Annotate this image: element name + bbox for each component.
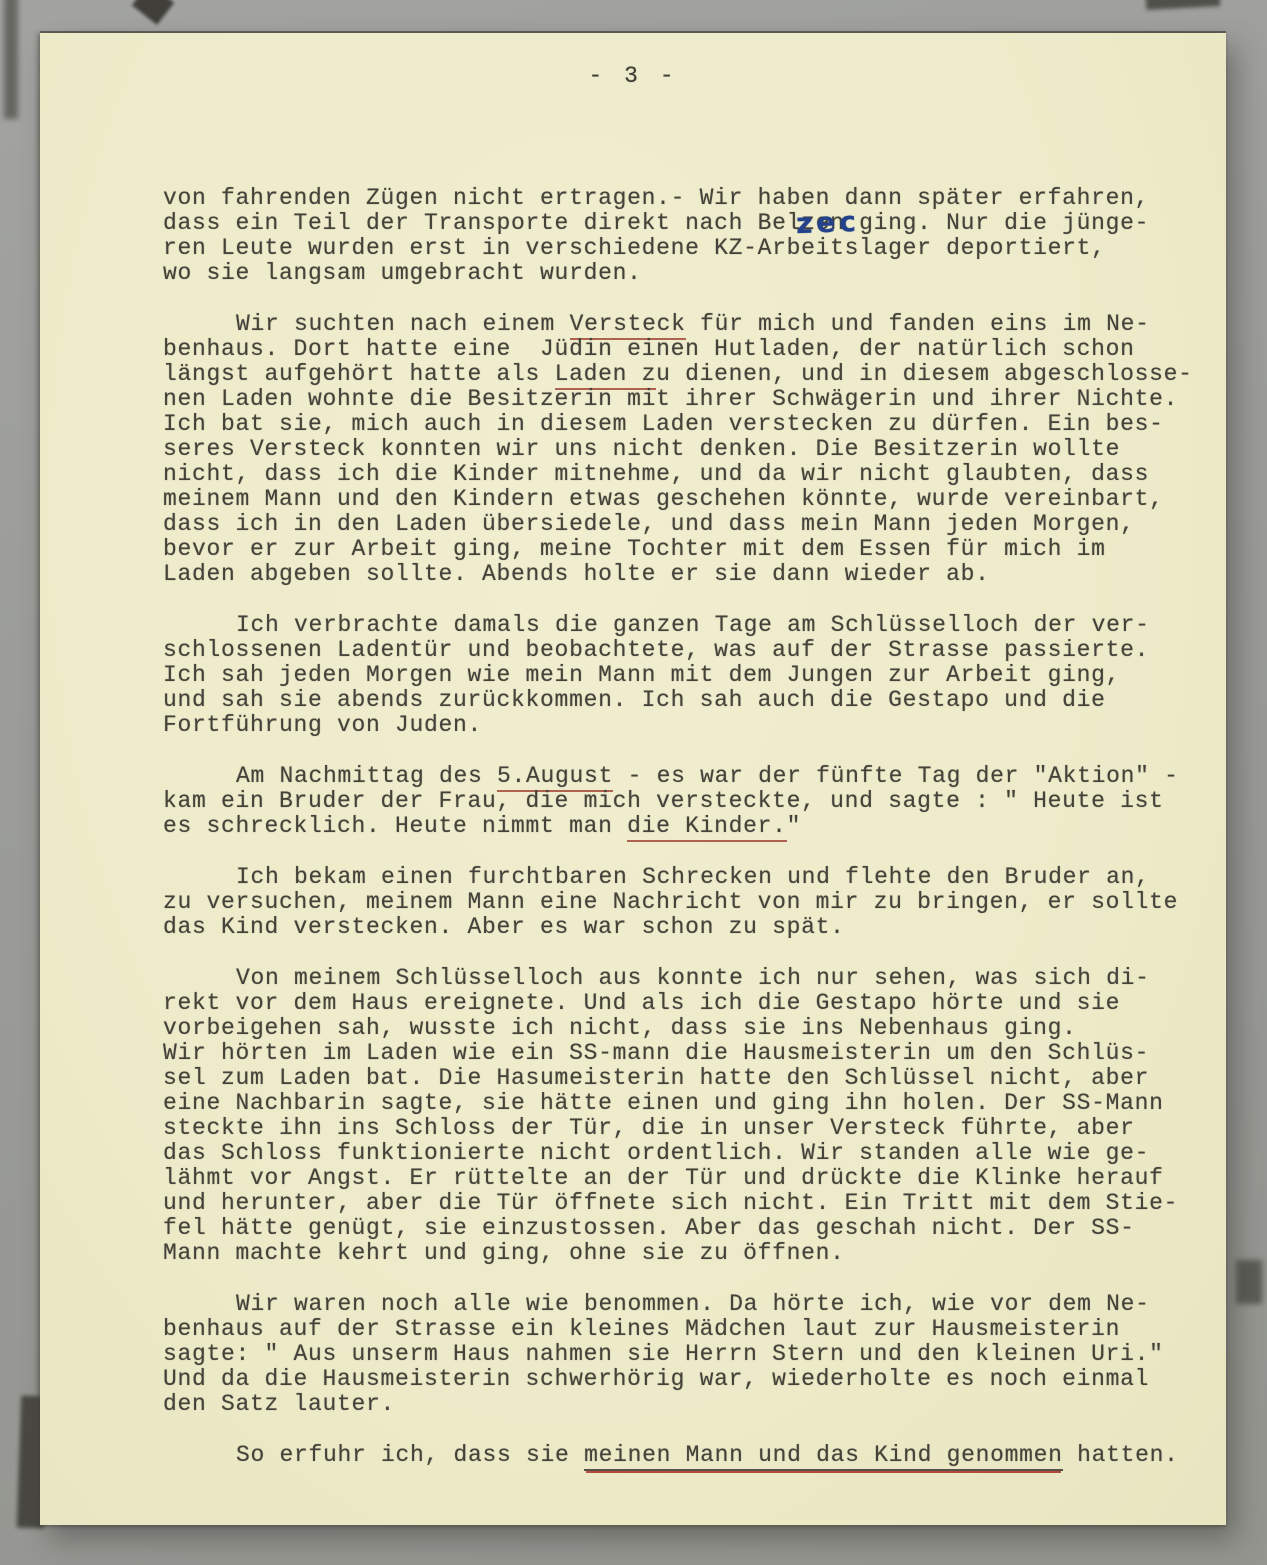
typewritten-page: - 3 - von fahrenden Zügen nicht ertragen… — [40, 33, 1226, 1525]
text-line: rekt vor dem Haus ereignete. Und als ich… — [163, 991, 1218, 1016]
text-line: Ich verbrachte damals die ganzen Tage am… — [163, 613, 1218, 638]
text-segment: hatten. — [1063, 1442, 1179, 1468]
text-segment: Ich verbrachte damals die ganzen Tage am… — [236, 612, 1150, 638]
text-segment: ging. Nur die jünge- — [845, 210, 1150, 236]
text-segment: längst aufgehört hatte als — [163, 361, 555, 387]
text-segment: vorbeigehen sah, wusste ich nicht, dass … — [163, 1015, 1077, 1041]
text-line: das Schloss funktionierte nicht ordentli… — [163, 1141, 1218, 1166]
text-segment: Ich bekam einen furchtbaren Schrecken un… — [236, 864, 1150, 890]
text-line: nicht, dass ich die Kinder mitnehme, und… — [163, 462, 1218, 487]
text-segment: - es war der fünfte Tag der "Aktion" - — [613, 763, 1179, 789]
text-segment: eine Nachbarin sagte, sie hätte einen un… — [163, 1090, 1164, 1116]
text-line: Und da die Hausmeisterin schwerhörig war… — [163, 1367, 1218, 1392]
text-segment: meinem Mann und den Kindern etwas gesche… — [163, 486, 1164, 512]
paragraph: Von meinem Schlüsselloch aus konnte ich … — [163, 966, 1218, 1266]
text-segment: Ich sah jeden Morgen wie mein Mann mit d… — [163, 662, 1120, 688]
text-line: Am Nachmittag des 5.August - es war der … — [163, 764, 1218, 789]
text-line: bevor er zur Arbeit ging, meine Tochter … — [163, 537, 1218, 562]
text-segment: lähmt vor Angst. Er rüttelte an der Tür … — [163, 1165, 1164, 1191]
text-segment: nicht, dass ich die Kinder mitnehme, und… — [163, 461, 1149, 487]
text-segment: ren Leute wurden erst in verschiedene KZ… — [163, 235, 1106, 261]
photo-artifact-top-right — [1146, 0, 1221, 10]
text-segment: für mich und fanden eins im Ne- — [686, 311, 1150, 337]
typewritten-text-block: von fahrenden Zügen nicht ertragen.- Wir… — [163, 186, 1218, 1494]
photo-artifact-left-edge — [4, 0, 18, 119]
text-line: seres Versteck konnten wir uns nicht den… — [163, 437, 1218, 462]
text-segment: Wir suchten nach einem — [236, 311, 570, 337]
text-line: es schrecklich. Heute nimmt man die Kind… — [163, 814, 1218, 839]
text-line: Mann machte kehrt und ging, ohne sie zu … — [163, 1241, 1218, 1266]
text-line: Wir hörten im Laden wie ein SS-mann die … — [163, 1041, 1218, 1066]
text-segment: bevor er zur Arbeit ging, meine Tochter … — [163, 536, 1106, 562]
text-line: von fahrenden Zügen nicht ertragen.- Wir… — [163, 186, 1218, 211]
page-number: - 3 - — [40, 63, 1226, 89]
paragraph: Wir suchten nach einem Versteck für mich… — [163, 312, 1218, 587]
double-underlined-text: meinen Mann und das Kind genommen — [584, 1442, 1063, 1471]
text-line: lähmt vor Angst. Er rüttelte an der Tür … — [163, 1166, 1218, 1191]
text-segment: benhaus. Dort hatte eine Jüdin einen Hut… — [163, 336, 1135, 362]
text-segment: Von meinem Schlüsselloch aus konnte ich … — [236, 965, 1150, 991]
text-segment: den Satz lauter. — [163, 1391, 395, 1417]
text-segment: nen Laden wohnte die Besitzerin mit ihre… — [163, 386, 1178, 412]
photo-artifact-bottom-right — [1236, 1260, 1262, 1304]
text-segment: fel hätte genügt, sie einzustossen. Aber… — [163, 1215, 1135, 1241]
text-line: Wir suchten nach einem Versteck für mich… — [163, 312, 1218, 337]
text-segment: zu versuchen, meinem Mann eine Nachricht… — [163, 889, 1178, 915]
text-line: So erfuhr ich, dass sie meinen Mann und … — [163, 1443, 1218, 1468]
text-segment: wo sie langsam umgebracht wurden. — [163, 260, 642, 286]
typed-text-with-correction: zenzec — [801, 211, 845, 236]
text-line: meinem Mann und den Kindern etwas gesche… — [163, 487, 1218, 512]
text-segment: Wir waren noch alle wie benommen. Da hör… — [236, 1291, 1150, 1317]
handwritten-correction: zec — [796, 209, 861, 236]
text-segment: u dienen, und in diesem abgeschlosse- — [656, 361, 1193, 387]
text-line: längst aufgehört hatte als Laden zu dien… — [163, 362, 1218, 387]
text-segment: So erfuhr ich, dass sie — [236, 1442, 584, 1468]
text-line: den Satz lauter. — [163, 1392, 1218, 1417]
text-segment: Am Nachmittag des — [236, 763, 497, 789]
text-line: sagte: " Aus unserm Haus nahmen sie Herr… — [163, 1342, 1218, 1367]
text-line: Ich bekam einen furchtbaren Schrecken un… — [163, 865, 1218, 890]
text-segment: und herunter, aber die Tür öffnete sich … — [163, 1190, 1178, 1216]
text-line: kam ein Bruder der Frau, die mich verste… — [163, 789, 1218, 814]
text-line: benhaus auf der Strasse ein kleines Mädc… — [163, 1317, 1218, 1342]
text-line: Ich bat sie, mich auch in diesem Laden v… — [163, 412, 1218, 437]
text-segment: das Schloss funktionierte nicht ordentli… — [163, 1140, 1149, 1166]
red-underlined-text: die Kinder. — [627, 813, 787, 842]
text-line: zu versuchen, meinem Mann eine Nachricht… — [163, 890, 1218, 915]
text-line: Wir waren noch alle wie benommen. Da hör… — [163, 1292, 1218, 1317]
text-segment: Wir hörten im Laden wie ein SS-mann die … — [163, 1040, 1149, 1066]
text-line: wo sie langsam umgebracht wurden. — [163, 261, 1218, 286]
text-line: und sah sie abends zurückkommen. Ich sah… — [163, 688, 1218, 713]
text-segment: Mann machte kehrt und ging, ohne sie zu … — [163, 1240, 845, 1266]
text-segment: benhaus auf der Strasse ein kleines Mädc… — [163, 1316, 1120, 1342]
text-line: Ich sah jeden Morgen wie mein Mann mit d… — [163, 663, 1218, 688]
text-segment: und sah sie abends zurückkommen. Ich sah… — [163, 687, 1106, 713]
text-line: und herunter, aber die Tür öffnete sich … — [163, 1191, 1218, 1216]
text-line: Von meinem Schlüsselloch aus konnte ich … — [163, 966, 1218, 991]
text-line: schlossenen Ladentür und beobachtete, wa… — [163, 638, 1218, 663]
paragraph: Ich bekam einen furchtbaren Schrecken un… — [163, 865, 1218, 940]
text-segment: " — [787, 813, 802, 839]
text-line: benhaus. Dort hatte eine Jüdin einen Hut… — [163, 337, 1218, 362]
text-segment: Ich bat sie, mich auch in diesem Laden v… — [163, 411, 1164, 437]
text-segment: seres Versteck konnten wir uns nicht den… — [163, 436, 1120, 462]
text-segment: steckte ihn ins Schloss der Tür, die in … — [163, 1115, 1135, 1141]
text-line: Fortführung von Juden. — [163, 713, 1218, 738]
text-line: vorbeigehen sah, wusste ich nicht, dass … — [163, 1016, 1218, 1041]
photo-artifact-top-left — [132, 0, 174, 25]
text-line: ren Leute wurden erst in verschiedene KZ… — [163, 236, 1218, 261]
text-segment: sel zum Laden bat. Die Hasumeisterin hat… — [163, 1065, 1149, 1091]
paragraph: von fahrenden Zügen nicht ertragen.- Wir… — [163, 186, 1218, 286]
paragraph: Am Nachmittag des 5.August - es war der … — [163, 764, 1218, 839]
text-segment: schlossenen Ladentür und beobachtete, wa… — [163, 637, 1149, 663]
paragraph: Wir waren noch alle wie benommen. Da hör… — [163, 1292, 1218, 1417]
text-segment: Laden abgeben sollte. Abends holte er si… — [163, 561, 990, 587]
text-segment: sagte: " Aus unserm Haus nahmen sie Herr… — [163, 1341, 1164, 1367]
text-segment: von fahrenden Zügen nicht ertragen.- Wir… — [163, 185, 1149, 211]
text-line: dass ich in den Laden übersiedele, und d… — [163, 512, 1218, 537]
text-segment: dass ich in den Laden übersiedele, und d… — [163, 511, 1135, 537]
text-segment: rekt vor dem Haus ereignete. Und als ich… — [163, 990, 1120, 1016]
text-segment: Und da die Hausmeisterin schwerhörig war… — [163, 1366, 1149, 1392]
paragraph: So erfuhr ich, dass sie meinen Mann und … — [163, 1443, 1218, 1468]
text-line: fel hätte genügt, sie einzustossen. Aber… — [163, 1216, 1218, 1241]
text-line: nen Laden wohnte die Besitzerin mit ihre… — [163, 387, 1218, 412]
text-line: das Kind verstecken. Aber es war schon z… — [163, 915, 1218, 940]
text-line: sel zum Laden bat. Die Hasumeisterin hat… — [163, 1066, 1218, 1091]
paragraph: Ich verbrachte damals die ganzen Tage am… — [163, 613, 1218, 738]
text-line: steckte ihn ins Schloss der Tür, die in … — [163, 1116, 1218, 1141]
text-line: dass ein Teil der Transporte direkt nach… — [163, 211, 1218, 236]
text-segment: kam ein Bruder der Frau, die mich verste… — [163, 788, 1164, 814]
text-line: eine Nachbarin sagte, sie hätte einen un… — [163, 1091, 1218, 1116]
text-segment: das Kind verstecken. Aber es war schon z… — [163, 914, 845, 940]
text-line: Laden abgeben sollte. Abends holte er si… — [163, 562, 1218, 587]
text-segment: Fortführung von Juden. — [163, 712, 482, 738]
text-segment: es schrecklich. Heute nimmt man — [163, 813, 627, 839]
text-segment: dass ein Teil der Transporte direkt nach… — [163, 210, 801, 236]
